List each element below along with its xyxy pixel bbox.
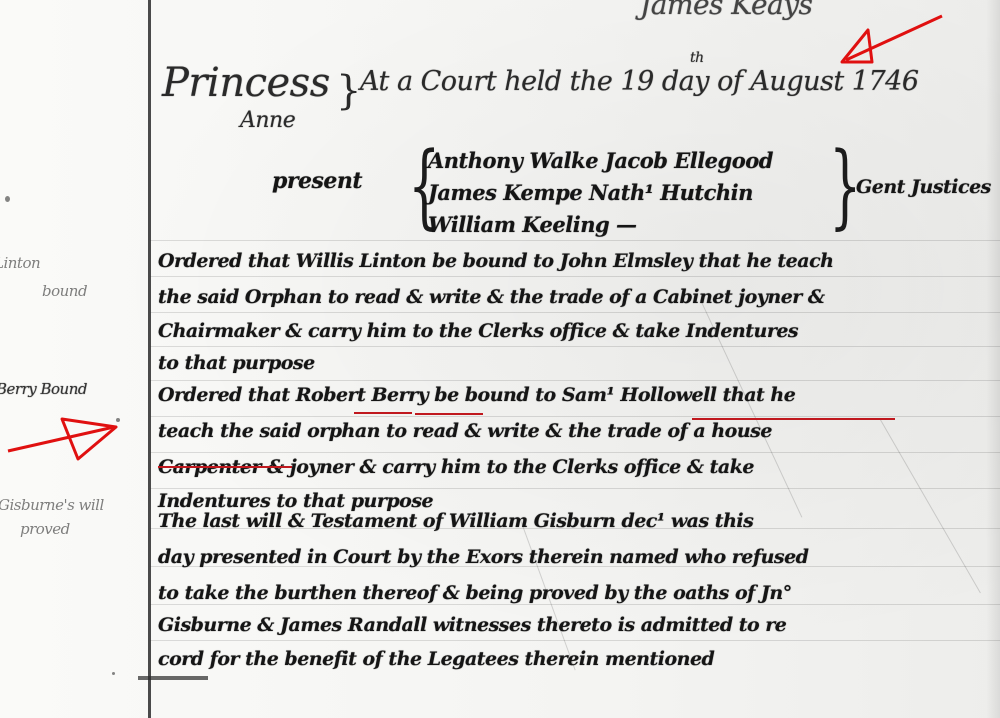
red-underline-berry — [415, 413, 483, 415]
ledger-rule — [150, 380, 1000, 381]
brace: } — [336, 68, 361, 114]
ledger-rule — [150, 640, 1000, 641]
red-underline-carpenter — [158, 466, 292, 468]
entry-line: The last will & Testament of William Gis… — [158, 510, 753, 532]
ledger-rule — [150, 452, 1000, 453]
entry-line: to take the burthen thereof & being prov… — [158, 582, 792, 604]
margin-note: bound — [42, 282, 87, 300]
margin-note: Berry Bound — [0, 380, 87, 398]
red-underline-robert — [354, 412, 412, 414]
header-signature-fragment: James Keays — [640, 0, 812, 21]
justices-title: Gent Justices — [856, 176, 991, 198]
entry-line: to that purpose — [158, 352, 315, 374]
ink-speck — [5, 196, 10, 202]
day-ordinal: th — [690, 50, 704, 66]
margin-note: Gisburne's will — [0, 496, 104, 514]
ledger-rule — [150, 240, 1000, 241]
entry-line: the said Orphan to read & write & the tr… — [158, 286, 825, 308]
page-edge-shadow — [986, 0, 1000, 718]
red-underline-hollowell — [692, 418, 895, 420]
court-heading: At a Court held the 19 day of August 174… — [360, 66, 919, 97]
entry-line: cord for the benefit of the Legatees the… — [158, 648, 714, 670]
margin-note: proved — [20, 520, 70, 538]
entry-line: teach the said orphan to read & write & … — [158, 420, 772, 442]
justice-line: James Kempe Nath¹ Hutchin — [428, 180, 753, 205]
red-arrow-date-icon — [832, 10, 952, 70]
ledger-rule — [150, 346, 1000, 347]
entry-line: Ordered that Robert Berry be bound to Sa… — [158, 384, 795, 406]
justice-line: Anthony Walke Jacob Ellegood — [428, 148, 773, 173]
red-arrow-berry-icon — [4, 415, 120, 465]
ledger-rule — [150, 276, 1000, 277]
entry-line: day presented in Court by the Exors ther… — [158, 546, 808, 568]
ink-speck — [112, 672, 115, 675]
margin-note: Linton — [0, 254, 40, 272]
entry-line: Chairmaker & carry him to the Clerks off… — [158, 320, 798, 342]
bleed-through-mark — [880, 420, 981, 594]
margin-rule — [148, 0, 151, 718]
entry-line: Gisburne & James Randall witnesses there… — [158, 614, 786, 636]
document-scan: James Keays Princess } Anne th At a Cour… — [0, 0, 1000, 718]
ledger-rule — [150, 416, 1000, 417]
entry-line: Ordered that Willis Linton be bound to J… — [158, 250, 833, 272]
ledger-rule — [150, 604, 1000, 605]
end-rule-mark — [138, 676, 208, 680]
present-label: present — [272, 168, 362, 194]
court-place-anne: Anne — [240, 108, 295, 133]
justice-line: William Keeling — — [428, 212, 637, 237]
ledger-rule — [150, 312, 1000, 313]
ledger-rule — [150, 488, 1000, 489]
entry-line: Indentures to that purpose — [158, 490, 433, 512]
court-place-princess: Princess — [162, 60, 330, 106]
